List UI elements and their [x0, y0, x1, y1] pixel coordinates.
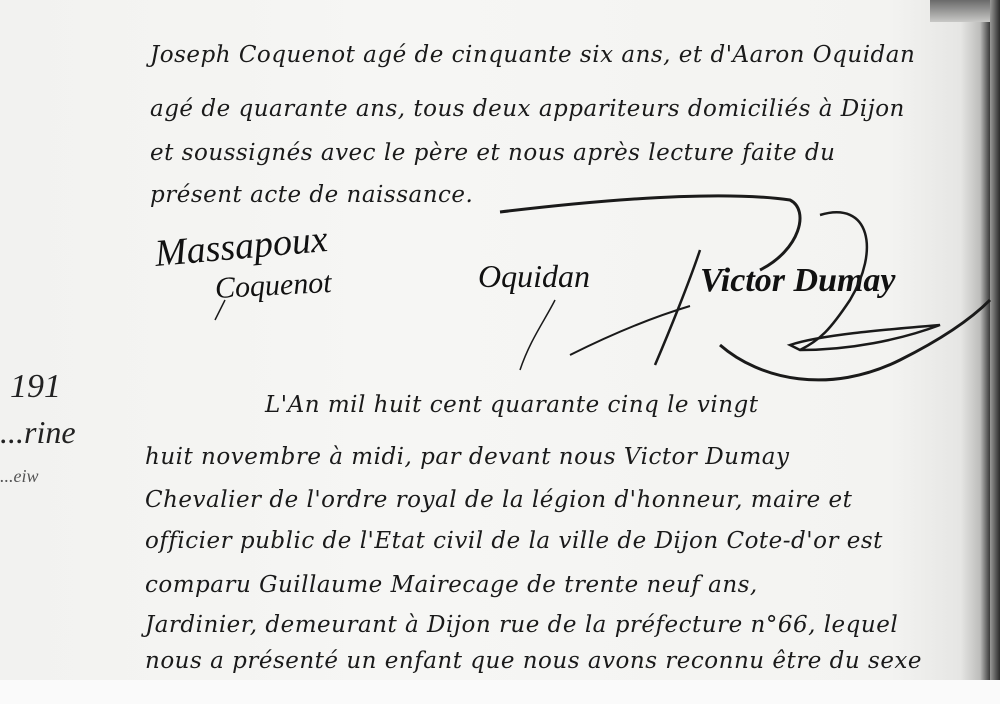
- margin-name: ...rine: [0, 414, 76, 451]
- signature-oquidan: Oquidan: [478, 258, 590, 295]
- text-line-top-3: et soussignés avec le père et nous après…: [150, 140, 835, 166]
- text-line-act-4: officier public de l'Etat civil de la vi…: [145, 528, 883, 554]
- margin-small-note: ...eiw: [0, 466, 39, 487]
- text-line-act-7: nous a présenté un enfant que nous avons…: [145, 648, 922, 674]
- text-line-top-1: Joseph Coquenot agé de cinquante six ans…: [150, 42, 915, 68]
- page-binding-edge: [990, 0, 1000, 680]
- signature-coquenot: Coquenot: [214, 266, 332, 306]
- text-line-act-5: comparu Guillaume Mairecage de trente ne…: [145, 572, 758, 598]
- text-line-top-4: présent acte de naissance.: [150, 182, 473, 208]
- margin-act-number: 191: [10, 368, 61, 406]
- text-line-act-2: huit novembre à midi, par devant nous Vi…: [145, 444, 789, 470]
- signature-victor-dumay: Victor Dumay: [700, 262, 896, 300]
- text-line-top-2: agé de quarante ans, tous deux appariteu…: [150, 96, 905, 122]
- text-line-act-3: Chevalier de l'ordre royal de la légion …: [145, 487, 852, 513]
- bottom-margin: [0, 680, 1000, 704]
- text-line-act-6: Jardinier, demeurant à Dijon rue de la p…: [145, 612, 898, 638]
- text-line-act-1: L'An mil huit cent quarante cinq le ving…: [265, 392, 758, 418]
